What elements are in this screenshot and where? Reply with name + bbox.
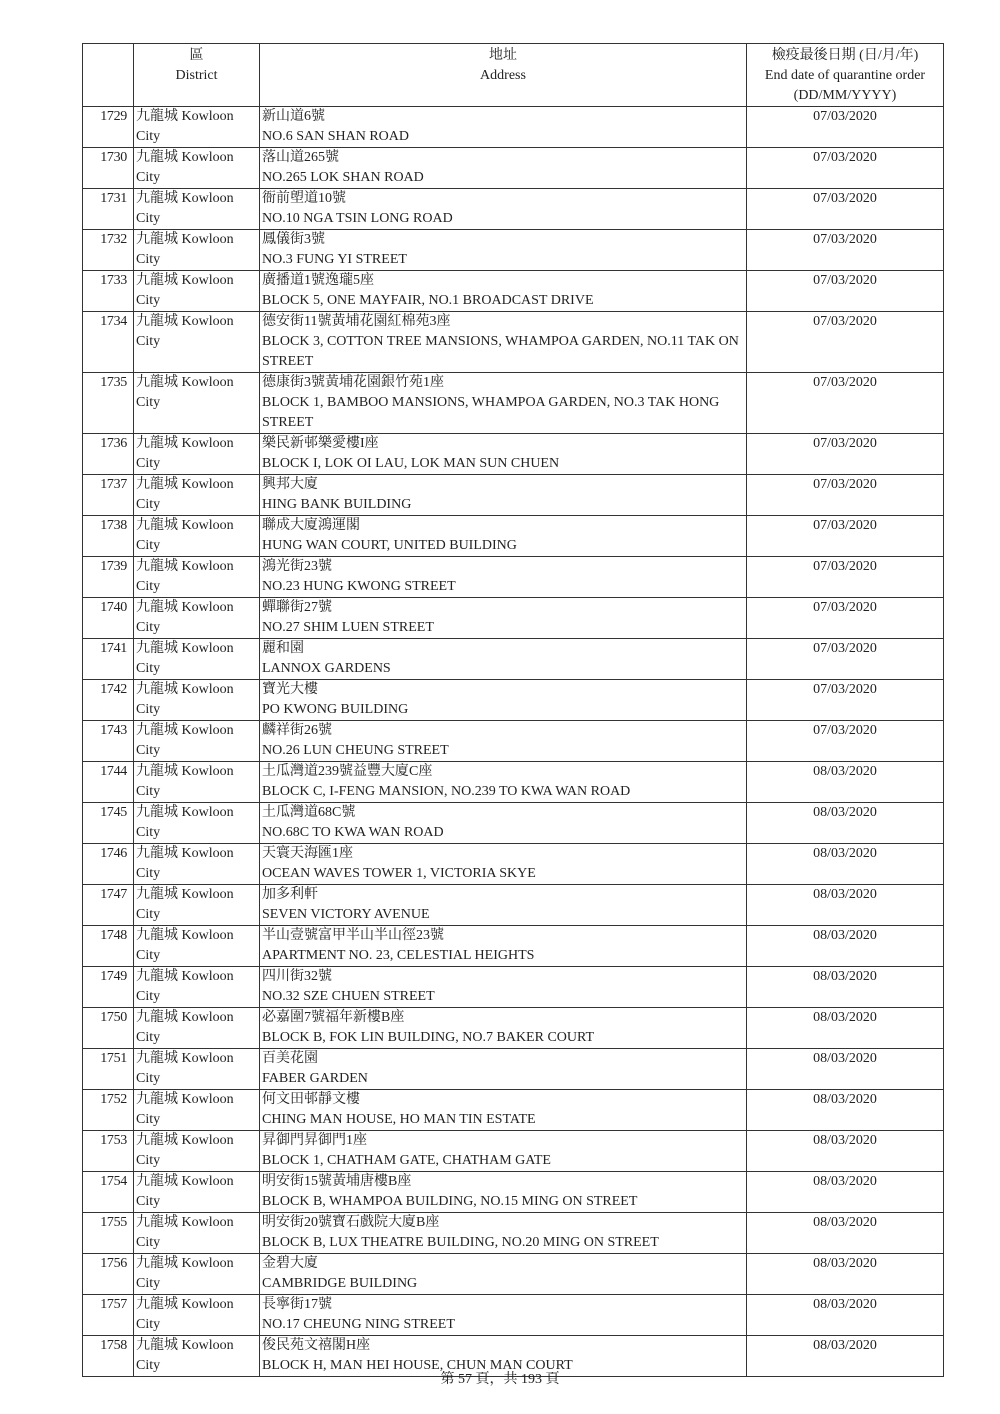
table-row: 1745 九龍城 Kowloon City 土瓜灣道68C號 NO.68C TO… — [83, 803, 944, 844]
row-end-date: 07/03/2020 — [747, 107, 944, 148]
address-en: CAMBRIDGE BUILDING — [262, 1274, 746, 1294]
row-end-date: 07/03/2020 — [747, 373, 944, 434]
district-en: City — [136, 291, 259, 311]
address-zh: 俊民苑文禧閣H座 — [262, 1336, 746, 1356]
address-zh: 德康街3號黃埔花園銀竹苑1座 — [262, 373, 746, 393]
district-en: City — [136, 1315, 259, 1335]
district-en: City — [136, 782, 259, 802]
row-number: 1740 — [83, 598, 134, 639]
row-address: 長寧街17號 NO.17 CHEUNG NING STREET — [260, 1295, 747, 1336]
district-zh: 九龍城 Kowloon — [136, 1213, 259, 1233]
address-zh: 落山道265號 — [262, 148, 746, 168]
district-zh: 九龍城 Kowloon — [136, 373, 259, 393]
district-en: City — [136, 823, 259, 843]
header-address-zh: 地址 — [260, 46, 746, 66]
table-row: 1753 九龍城 Kowloon City 昇御門昇御門1座 BLOCK 1, … — [83, 1131, 944, 1172]
header-district-en: District — [134, 66, 259, 86]
table-row: 1737 九龍城 Kowloon City 興邦大廈 HING BANK BUI… — [83, 475, 944, 516]
row-end-date: 08/03/2020 — [747, 885, 944, 926]
header-date-zh: 檢疫最後日期 (日/月/年) — [747, 46, 943, 66]
row-number: 1749 — [83, 967, 134, 1008]
row-address: 衙前塱道10號 NO.10 NGA TSIN LONG ROAD — [260, 189, 747, 230]
row-district: 九龍城 Kowloon City — [134, 639, 260, 680]
district-zh: 九龍城 Kowloon — [136, 230, 259, 250]
row-number: 1742 — [83, 680, 134, 721]
district-zh: 九龍城 Kowloon — [136, 557, 259, 577]
address-en: NO.27 SHIM LUEN STREET — [262, 618, 746, 638]
district-zh: 九龍城 Kowloon — [136, 598, 259, 618]
row-number: 1731 — [83, 189, 134, 230]
address-en: NO.17 CHEUNG NING STREET — [262, 1315, 746, 1335]
row-end-date: 07/03/2020 — [747, 475, 944, 516]
district-zh: 九龍城 Kowloon — [136, 1049, 259, 1069]
page-number: 第 57 頁，共 193 頁 — [0, 1368, 1000, 1388]
row-district: 九龍城 Kowloon City — [134, 967, 260, 1008]
header-date-format: (DD/MM/YYYY) — [747, 86, 943, 106]
header-no — [83, 44, 134, 107]
row-number: 1746 — [83, 844, 134, 885]
district-zh: 九龍城 Kowloon — [136, 844, 259, 864]
address-zh: 新山道6號 — [262, 107, 746, 127]
row-district: 九龍城 Kowloon City — [134, 230, 260, 271]
district-zh: 九龍城 Kowloon — [136, 1172, 259, 1192]
row-end-date: 08/03/2020 — [747, 1049, 944, 1090]
row-end-date: 08/03/2020 — [747, 1213, 944, 1254]
row-end-date: 07/03/2020 — [747, 598, 944, 639]
row-district: 九龍城 Kowloon City — [134, 1008, 260, 1049]
district-zh: 九龍城 Kowloon — [136, 1008, 259, 1028]
row-address: 金碧大廈 CAMBRIDGE BUILDING — [260, 1254, 747, 1295]
row-address: 新山道6號 NO.6 SAN SHAN ROAD — [260, 107, 747, 148]
row-address: 土瓜灣道68C號 NO.68C TO KWA WAN ROAD — [260, 803, 747, 844]
address-zh: 何文田邨靜文樓 — [262, 1090, 746, 1110]
row-number: 1747 — [83, 885, 134, 926]
table-row: 1740 九龍城 Kowloon City 蟬聯街27號 NO.27 SHIM … — [83, 598, 944, 639]
row-district: 九龍城 Kowloon City — [134, 1090, 260, 1131]
row-end-date: 07/03/2020 — [747, 680, 944, 721]
row-number: 1736 — [83, 434, 134, 475]
address-en: SEVEN VICTORY AVENUE — [262, 905, 746, 925]
row-address: 鴻光街23號 NO.23 HUNG KWONG STREET — [260, 557, 747, 598]
address-zh: 麗和園 — [262, 639, 746, 659]
row-end-date: 07/03/2020 — [747, 230, 944, 271]
district-en: City — [136, 741, 259, 761]
address-en: NO.10 NGA TSIN LONG ROAD — [262, 209, 746, 229]
address-zh: 四川街32號 — [262, 967, 746, 987]
district-zh: 九龍城 Kowloon — [136, 721, 259, 741]
district-zh: 九龍城 Kowloon — [136, 885, 259, 905]
district-en: City — [136, 1028, 259, 1048]
address-en: FABER GARDEN — [262, 1069, 746, 1089]
address-zh: 土瓜灣道68C號 — [262, 803, 746, 823]
row-district: 九龍城 Kowloon City — [134, 926, 260, 967]
row-address: 必嘉圍7號福年新樓B座 BLOCK B, FOK LIN BUILDING, N… — [260, 1008, 747, 1049]
table-row: 1744 九龍城 Kowloon City 土瓜灣道239號益豐大廈C座 BLO… — [83, 762, 944, 803]
district-zh: 九龍城 Kowloon — [136, 107, 259, 127]
quarantine-address-table: 區 District 地址 Address 檢疫最後日期 (日/月/年) End… — [82, 43, 944, 1377]
row-address: 明安街15號黃埔唐樓B座 BLOCK B, WHAMPOA BUILDING, … — [260, 1172, 747, 1213]
table-row: 1731 九龍城 Kowloon City 衙前塱道10號 NO.10 NGA … — [83, 189, 944, 230]
table-row: 1751 九龍城 Kowloon City 百美花園 FABER GARDEN … — [83, 1049, 944, 1090]
row-district: 九龍城 Kowloon City — [134, 271, 260, 312]
row-district: 九龍城 Kowloon City — [134, 1172, 260, 1213]
district-en: City — [136, 1233, 259, 1253]
row-end-date: 08/03/2020 — [747, 1131, 944, 1172]
row-end-date: 08/03/2020 — [747, 1090, 944, 1131]
district-en: City — [136, 168, 259, 188]
row-number: 1755 — [83, 1213, 134, 1254]
district-en: City — [136, 618, 259, 638]
row-end-date: 07/03/2020 — [747, 434, 944, 475]
row-address: 百美花園 FABER GARDEN — [260, 1049, 747, 1090]
row-address: 鳳儀街3號 NO.3 FUNG YI STREET — [260, 230, 747, 271]
row-number: 1753 — [83, 1131, 134, 1172]
address-zh: 昇御門昇御門1座 — [262, 1131, 746, 1151]
address-zh: 明安街20號寶石戲院大廈B座 — [262, 1213, 746, 1233]
district-zh: 九龍城 Kowloon — [136, 1295, 259, 1315]
district-en: City — [136, 659, 259, 679]
district-zh: 九龍城 Kowloon — [136, 434, 259, 454]
district-en: City — [136, 1151, 259, 1171]
district-en: City — [136, 1069, 259, 1089]
district-en: City — [136, 1110, 259, 1130]
district-zh: 九龍城 Kowloon — [136, 1090, 259, 1110]
row-number: 1739 — [83, 557, 134, 598]
address-en: BLOCK B, LUX THEATRE BUILDING, NO.20 MIN… — [262, 1233, 746, 1253]
row-address: 德康街3號黃埔花園銀竹苑1座 BLOCK 1, BAMBOO MANSIONS,… — [260, 373, 747, 434]
district-zh: 九龍城 Kowloon — [136, 271, 259, 291]
row-number: 1756 — [83, 1254, 134, 1295]
district-zh: 九龍城 Kowloon — [136, 1131, 259, 1151]
row-address: 加多利軒 SEVEN VICTORY AVENUE — [260, 885, 747, 926]
address-en: NO.32 SZE CHUEN STREET — [262, 987, 746, 1007]
address-zh: 樂民新邨樂愛樓I座 — [262, 434, 746, 454]
row-number: 1737 — [83, 475, 134, 516]
row-district: 九龍城 Kowloon City — [134, 148, 260, 189]
address-zh: 金碧大廈 — [262, 1254, 746, 1274]
row-number: 1744 — [83, 762, 134, 803]
address-zh: 土瓜灣道239號益豐大廈C座 — [262, 762, 746, 782]
district-zh: 九龍城 Kowloon — [136, 1336, 259, 1356]
district-en: City — [136, 332, 259, 352]
row-number: 1735 — [83, 373, 134, 434]
district-en: City — [136, 536, 259, 556]
row-district: 九龍城 Kowloon City — [134, 434, 260, 475]
address-zh: 鳳儀街3號 — [262, 230, 746, 250]
address-en: OCEAN WAVES TOWER 1, VICTORIA SKYE — [262, 864, 746, 884]
row-address: 興邦大廈 HING BANK BUILDING — [260, 475, 747, 516]
row-end-date: 08/03/2020 — [747, 1295, 944, 1336]
table-row: 1750 九龍城 Kowloon City 必嘉圍7號福年新樓B座 BLOCK … — [83, 1008, 944, 1049]
table-row: 1732 九龍城 Kowloon City 鳳儀街3號 NO.3 FUNG YI… — [83, 230, 944, 271]
district-zh: 九龍城 Kowloon — [136, 803, 259, 823]
row-end-date: 07/03/2020 — [747, 271, 944, 312]
address-en: BLOCK I, LOK OI LAU, LOK MAN SUN CHUEN — [262, 454, 746, 474]
row-district: 九龍城 Kowloon City — [134, 598, 260, 639]
row-district: 九龍城 Kowloon City — [134, 373, 260, 434]
address-en: HING BANK BUILDING — [262, 495, 746, 515]
row-district: 九龍城 Kowloon City — [134, 844, 260, 885]
row-district: 九龍城 Kowloon City — [134, 557, 260, 598]
table-row: 1736 九龍城 Kowloon City 樂民新邨樂愛樓I座 BLOCK I,… — [83, 434, 944, 475]
row-number: 1743 — [83, 721, 134, 762]
row-end-date: 07/03/2020 — [747, 639, 944, 680]
row-district: 九龍城 Kowloon City — [134, 721, 260, 762]
header-district-zh: 區 — [134, 46, 259, 66]
row-end-date: 08/03/2020 — [747, 844, 944, 885]
address-zh: 鴻光街23號 — [262, 557, 746, 577]
row-address: 麟祥街26號 NO.26 LUN CHEUNG STREET — [260, 721, 747, 762]
row-number: 1741 — [83, 639, 134, 680]
row-end-date: 08/03/2020 — [747, 762, 944, 803]
address-en: BLOCK 1, CHATHAM GATE, CHATHAM GATE — [262, 1151, 746, 1171]
row-address: 聯成大廈鴻運閣 HUNG WAN COURT, UNITED BUILDING — [260, 516, 747, 557]
row-address: 樂民新邨樂愛樓I座 BLOCK I, LOK OI LAU, LOK MAN S… — [260, 434, 747, 475]
address-en: NO.3 FUNG YI STREET — [262, 250, 746, 270]
district-en: City — [136, 946, 259, 966]
district-zh: 九龍城 Kowloon — [136, 639, 259, 659]
district-zh: 九龍城 Kowloon — [136, 516, 259, 536]
row-number: 1757 — [83, 1295, 134, 1336]
address-en: BLOCK 5, ONE MAYFAIR, NO.1 BROADCAST DRI… — [262, 291, 746, 311]
district-zh: 九龍城 Kowloon — [136, 762, 259, 782]
table-row: 1746 九龍城 Kowloon City 天寰天海匯1座 OCEAN WAVE… — [83, 844, 944, 885]
row-district: 九龍城 Kowloon City — [134, 803, 260, 844]
row-end-date: 08/03/2020 — [747, 803, 944, 844]
header-date-en: End date of quarantine order — [747, 66, 943, 86]
row-address: 昇御門昇御門1座 BLOCK 1, CHATHAM GATE, CHATHAM … — [260, 1131, 747, 1172]
table-header-row: 區 District 地址 Address 檢疫最後日期 (日/月/年) End… — [83, 44, 944, 107]
row-end-date: 07/03/2020 — [747, 189, 944, 230]
row-end-date: 08/03/2020 — [747, 926, 944, 967]
address-en: PO KWONG BUILDING — [262, 700, 746, 720]
address-zh: 衙前塱道10號 — [262, 189, 746, 209]
district-zh: 九龍城 Kowloon — [136, 475, 259, 495]
row-address: 寶光大樓 PO KWONG BUILDING — [260, 680, 747, 721]
row-district: 九龍城 Kowloon City — [134, 1295, 260, 1336]
address-zh: 寶光大樓 — [262, 680, 746, 700]
table-row: 1749 九龍城 Kowloon City 四川街32號 NO.32 SZE C… — [83, 967, 944, 1008]
table-row: 1734 九龍城 Kowloon City 德安街11號黃埔花園紅棉苑3座 BL… — [83, 312, 944, 373]
row-address: 何文田邨靜文樓 CHING MAN HOUSE, HO MAN TIN ESTA… — [260, 1090, 747, 1131]
address-en: NO.265 LOK SHAN ROAD — [262, 168, 746, 188]
header-date: 檢疫最後日期 (日/月/年) End date of quarantine or… — [747, 44, 944, 107]
district-en: City — [136, 1274, 259, 1294]
row-end-date: 08/03/2020 — [747, 1172, 944, 1213]
row-district: 九龍城 Kowloon City — [134, 107, 260, 148]
address-en: HUNG WAN COURT, UNITED BUILDING — [262, 536, 746, 556]
table-row: 1735 九龍城 Kowloon City 德康街3號黃埔花園銀竹苑1座 BLO… — [83, 373, 944, 434]
row-end-date: 07/03/2020 — [747, 312, 944, 373]
header-address: 地址 Address — [260, 44, 747, 107]
address-zh: 明安街15號黃埔唐樓B座 — [262, 1172, 746, 1192]
row-district: 九龍城 Kowloon City — [134, 1254, 260, 1295]
row-address: 德安街11號黃埔花園紅棉苑3座 BLOCK 3, COTTON TREE MAN… — [260, 312, 747, 373]
row-end-date: 07/03/2020 — [747, 721, 944, 762]
address-zh: 天寰天海匯1座 — [262, 844, 746, 864]
table-row: 1742 九龍城 Kowloon City 寶光大樓 PO KWONG BUIL… — [83, 680, 944, 721]
row-district: 九龍城 Kowloon City — [134, 312, 260, 373]
address-en: NO.26 LUN CHEUNG STREET — [262, 741, 746, 761]
row-district: 九龍城 Kowloon City — [134, 885, 260, 926]
address-en: BLOCK B, WHAMPOA BUILDING, NO.15 MING ON… — [262, 1192, 746, 1212]
table-row: 1738 九龍城 Kowloon City 聯成大廈鴻運閣 HUNG WAN C… — [83, 516, 944, 557]
row-district: 九龍城 Kowloon City — [134, 475, 260, 516]
row-number: 1729 — [83, 107, 134, 148]
row-address: 蟬聯街27號 NO.27 SHIM LUEN STREET — [260, 598, 747, 639]
row-address: 半山壹號富甲半山半山徑23號 APARTMENT NO. 23, CELESTI… — [260, 926, 747, 967]
district-en: City — [136, 127, 259, 147]
address-en: BLOCK 1, BAMBOO MANSIONS, WHAMPOA GARDEN… — [262, 393, 746, 433]
table-row: 1739 九龍城 Kowloon City 鴻光街23號 NO.23 HUNG … — [83, 557, 944, 598]
table-row: 1748 九龍城 Kowloon City 半山壹號富甲半山半山徑23號 APA… — [83, 926, 944, 967]
header-address-en: Address — [260, 66, 746, 86]
address-en: APARTMENT NO. 23, CELESTIAL HEIGHTS — [262, 946, 746, 966]
address-zh: 百美花園 — [262, 1049, 746, 1069]
district-en: City — [136, 987, 259, 1007]
address-en: BLOCK 3, COTTON TREE MANSIONS, WHAMPOA G… — [262, 332, 746, 372]
district-en: City — [136, 495, 259, 515]
address-en: LANNOX GARDENS — [262, 659, 746, 679]
address-en: NO.23 HUNG KWONG STREET — [262, 577, 746, 597]
row-address: 土瓜灣道239號益豐大廈C座 BLOCK C, I-FENG MANSION, … — [260, 762, 747, 803]
table-row: 1756 九龍城 Kowloon City 金碧大廈 CAMBRIDGE BUI… — [83, 1254, 944, 1295]
row-district: 九龍城 Kowloon City — [134, 1213, 260, 1254]
row-district: 九龍城 Kowloon City — [134, 516, 260, 557]
row-end-date: 07/03/2020 — [747, 148, 944, 189]
table-row: 1747 九龍城 Kowloon City 加多利軒 SEVEN VICTORY… — [83, 885, 944, 926]
row-address: 麗和園 LANNOX GARDENS — [260, 639, 747, 680]
address-zh: 德安街11號黃埔花園紅棉苑3座 — [262, 312, 746, 332]
district-en: City — [136, 700, 259, 720]
district-en: City — [136, 393, 259, 413]
row-district: 九龍城 Kowloon City — [134, 1131, 260, 1172]
row-number: 1754 — [83, 1172, 134, 1213]
address-zh: 廣播道1號逸瓏5座 — [262, 271, 746, 291]
district-zh: 九龍城 Kowloon — [136, 1254, 259, 1274]
table-row: 1743 九龍城 Kowloon City 麟祥街26號 NO.26 LUN C… — [83, 721, 944, 762]
district-zh: 九龍城 Kowloon — [136, 926, 259, 946]
address-zh: 麟祥街26號 — [262, 721, 746, 741]
row-end-date: 07/03/2020 — [747, 557, 944, 598]
address-zh: 加多利軒 — [262, 885, 746, 905]
table-row: 1757 九龍城 Kowloon City 長寧街17號 NO.17 CHEUN… — [83, 1295, 944, 1336]
district-zh: 九龍城 Kowloon — [136, 312, 259, 332]
row-address: 廣播道1號逸瓏5座 BLOCK 5, ONE MAYFAIR, NO.1 BRO… — [260, 271, 747, 312]
address-zh: 興邦大廈 — [262, 475, 746, 495]
address-en: NO.68C TO KWA WAN ROAD — [262, 823, 746, 843]
district-en: City — [136, 577, 259, 597]
row-number: 1733 — [83, 271, 134, 312]
row-number: 1750 — [83, 1008, 134, 1049]
row-end-date: 08/03/2020 — [747, 967, 944, 1008]
table-body: 1729 九龍城 Kowloon City 新山道6號 NO.6 SAN SHA… — [83, 107, 944, 1377]
row-number: 1732 — [83, 230, 134, 271]
row-number: 1738 — [83, 516, 134, 557]
district-zh: 九龍城 Kowloon — [136, 148, 259, 168]
address-en: BLOCK B, FOK LIN BUILDING, NO.7 BAKER CO… — [262, 1028, 746, 1048]
address-zh: 半山壹號富甲半山半山徑23號 — [262, 926, 746, 946]
table-row: 1752 九龍城 Kowloon City 何文田邨靜文樓 CHING MAN … — [83, 1090, 944, 1131]
row-address: 四川街32號 NO.32 SZE CHUEN STREET — [260, 967, 747, 1008]
address-en: BLOCK C, I-FENG MANSION, NO.239 TO KWA W… — [262, 782, 746, 802]
district-zh: 九龍城 Kowloon — [136, 680, 259, 700]
district-zh: 九龍城 Kowloon — [136, 967, 259, 987]
table-row: 1733 九龍城 Kowloon City 廣播道1號逸瓏5座 BLOCK 5,… — [83, 271, 944, 312]
row-district: 九龍城 Kowloon City — [134, 1049, 260, 1090]
row-end-date: 08/03/2020 — [747, 1008, 944, 1049]
district-en: City — [136, 209, 259, 229]
table-row: 1730 九龍城 Kowloon City 落山道265號 NO.265 LOK… — [83, 148, 944, 189]
district-en: City — [136, 1192, 259, 1212]
district-en: City — [136, 864, 259, 884]
row-number: 1751 — [83, 1049, 134, 1090]
row-number: 1734 — [83, 312, 134, 373]
row-end-date: 07/03/2020 — [747, 516, 944, 557]
district-en: City — [136, 454, 259, 474]
row-end-date: 08/03/2020 — [747, 1254, 944, 1295]
row-number: 1748 — [83, 926, 134, 967]
table-row: 1754 九龍城 Kowloon City 明安街15號黃埔唐樓B座 BLOCK… — [83, 1172, 944, 1213]
row-number: 1752 — [83, 1090, 134, 1131]
row-address: 落山道265號 NO.265 LOK SHAN ROAD — [260, 148, 747, 189]
address-zh: 聯成大廈鴻運閣 — [262, 516, 746, 536]
row-district: 九龍城 Kowloon City — [134, 762, 260, 803]
address-zh: 蟬聯街27號 — [262, 598, 746, 618]
district-en: City — [136, 250, 259, 270]
district-zh: 九龍城 Kowloon — [136, 189, 259, 209]
district-en: City — [136, 905, 259, 925]
row-address: 明安街20號寶石戲院大廈B座 BLOCK B, LUX THEATRE BUIL… — [260, 1213, 747, 1254]
row-number: 1730 — [83, 148, 134, 189]
row-number: 1745 — [83, 803, 134, 844]
address-zh: 必嘉圍7號福年新樓B座 — [262, 1008, 746, 1028]
address-zh: 長寧街17號 — [262, 1295, 746, 1315]
address-en: CHING MAN HOUSE, HO MAN TIN ESTATE — [262, 1110, 746, 1130]
table-row: 1729 九龍城 Kowloon City 新山道6號 NO.6 SAN SHA… — [83, 107, 944, 148]
row-district: 九龍城 Kowloon City — [134, 680, 260, 721]
address-en: NO.6 SAN SHAN ROAD — [262, 127, 746, 147]
row-address: 天寰天海匯1座 OCEAN WAVES TOWER 1, VICTORIA SK… — [260, 844, 747, 885]
row-district: 九龍城 Kowloon City — [134, 189, 260, 230]
table-row: 1741 九龍城 Kowloon City 麗和園 LANNOX GARDENS… — [83, 639, 944, 680]
table-row: 1755 九龍城 Kowloon City 明安街20號寶石戲院大廈B座 BLO… — [83, 1213, 944, 1254]
header-district: 區 District — [134, 44, 260, 107]
